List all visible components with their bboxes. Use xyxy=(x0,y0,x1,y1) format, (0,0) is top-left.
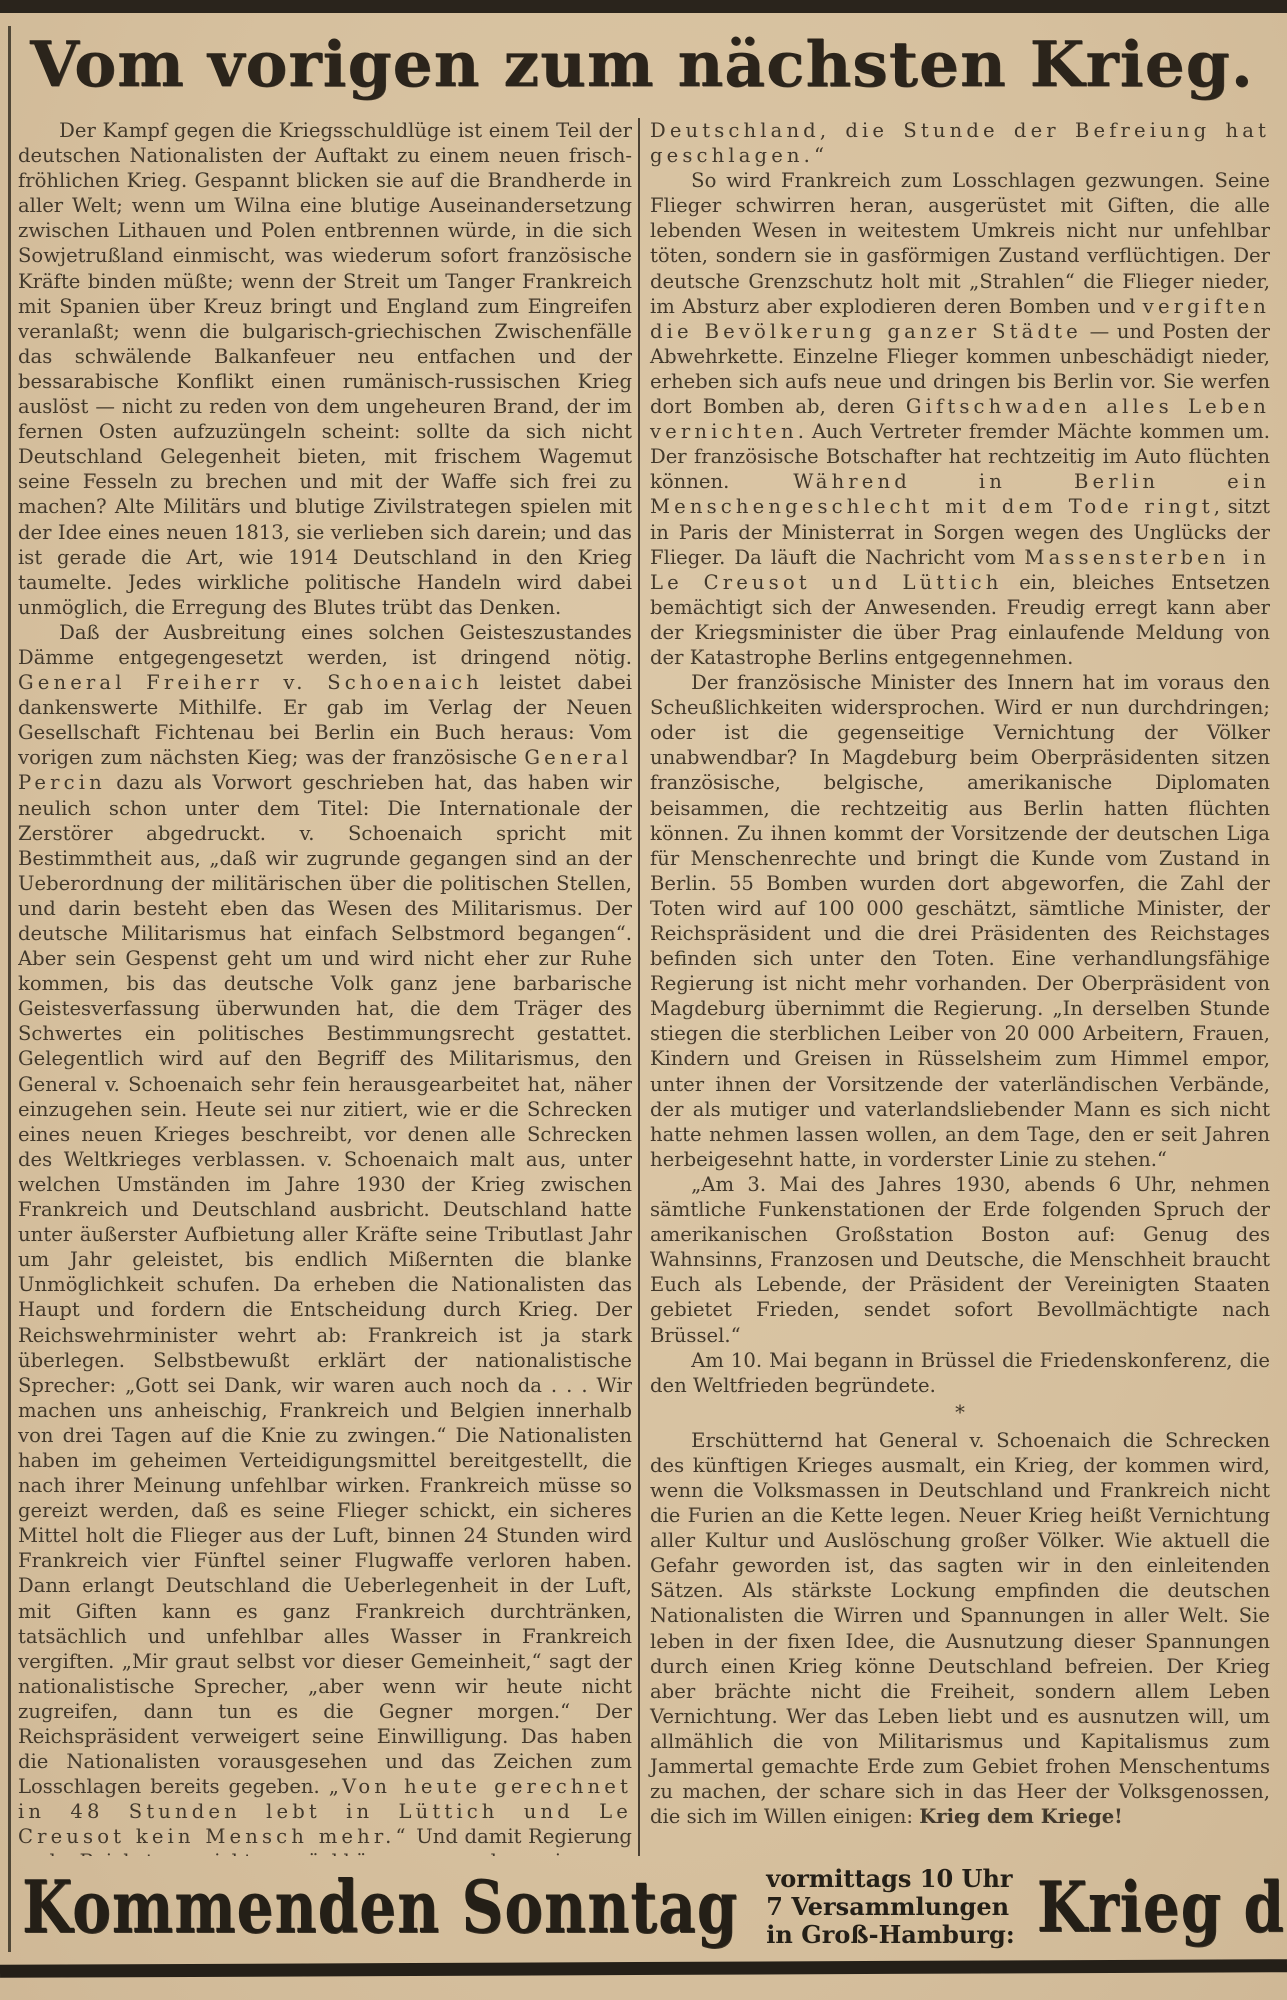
banner-text-right: Krieg dem Kriege! xyxy=(1037,1872,1287,1942)
paragraph: Am 10. Mai begann in Brüssel die Frieden… xyxy=(650,1348,1270,1398)
body-text: Daß der Ausbreitung eines solchen Geiste… xyxy=(18,621,632,669)
emphasis-text: Krieg dem Kriege! xyxy=(919,1805,1123,1828)
letterspaced-text: Deutschland, die Stunde der Befreiung ha… xyxy=(650,119,1270,167)
paragraph: So wird Frankreich zum Losschlagen gezwu… xyxy=(650,168,1270,670)
article-body: Der Kampf gegen die Kriegsschuldlüge ist… xyxy=(18,118,1270,1856)
top-border-rule xyxy=(0,0,1287,13)
paragraph: * xyxy=(650,1398,1270,1428)
paragraph: Deutschland, die Stunde der Befreiung ha… xyxy=(650,118,1270,168)
announcement-banner: Kommenden Sonntag vormittags 10 Uhr 7 Ve… xyxy=(22,1856,1270,1958)
body-text: Der Kampf gegen die Kriegsschuldlüge ist… xyxy=(18,119,632,619)
paragraph: Der französische Minister des Innern hat… xyxy=(650,670,1270,1172)
column-right: Deutschland, die Stunde der Befreiung ha… xyxy=(638,118,1270,1856)
body-text: * xyxy=(955,1401,965,1424)
article-masthead: Vom vorigen zum nächsten Krieg. xyxy=(30,22,1260,110)
paragraph: „Am 3. Mai des Jahres 1930, abends 6 Uhr… xyxy=(650,1172,1270,1348)
banner-detail-time: vormittags 10 Uhr xyxy=(766,1865,1014,1893)
article-title: Vom vorigen zum nächsten Krieg. xyxy=(30,22,1260,106)
column-left: Der Kampf gegen die Kriegsschuldlüge ist… xyxy=(18,118,638,1856)
banner-detail-meetings: 7 Versammlungen xyxy=(766,1893,1014,1921)
letterspaced-text: General Freiherr v. Schoenaich xyxy=(18,671,483,694)
body-text: „Am 3. Mai des Jahres 1930, abends 6 Uhr… xyxy=(650,1173,1270,1347)
banner-text-left: Kommenden Sonntag xyxy=(22,1871,738,1944)
paragraph: Daß der Ausbreitung eines solchen Geiste… xyxy=(18,620,632,1856)
left-column-rule xyxy=(8,26,11,1952)
bottom-border-rule xyxy=(0,1959,1287,1978)
paragraph: Der Kampf gegen die Kriegsschuldlüge ist… xyxy=(18,118,632,620)
body-text: Erschütternd hat General v. Schoenaich d… xyxy=(650,1429,1270,1828)
body-text: dazu als Vorwort geschrieben hat, das ha… xyxy=(18,771,632,1798)
body-text: Am 10. Mai begann in Brüssel die Frieden… xyxy=(650,1349,1270,1397)
body-text: Der französische Minister des Innern hat… xyxy=(650,671,1270,1171)
paragraph: Erschütternd hat General v. Schoenaich d… xyxy=(650,1428,1270,1830)
banner-details: vormittags 10 Uhr 7 Versammlungen in Gro… xyxy=(766,1865,1014,1949)
banner-detail-place: in Groß-Hamburg: xyxy=(766,1921,1014,1949)
